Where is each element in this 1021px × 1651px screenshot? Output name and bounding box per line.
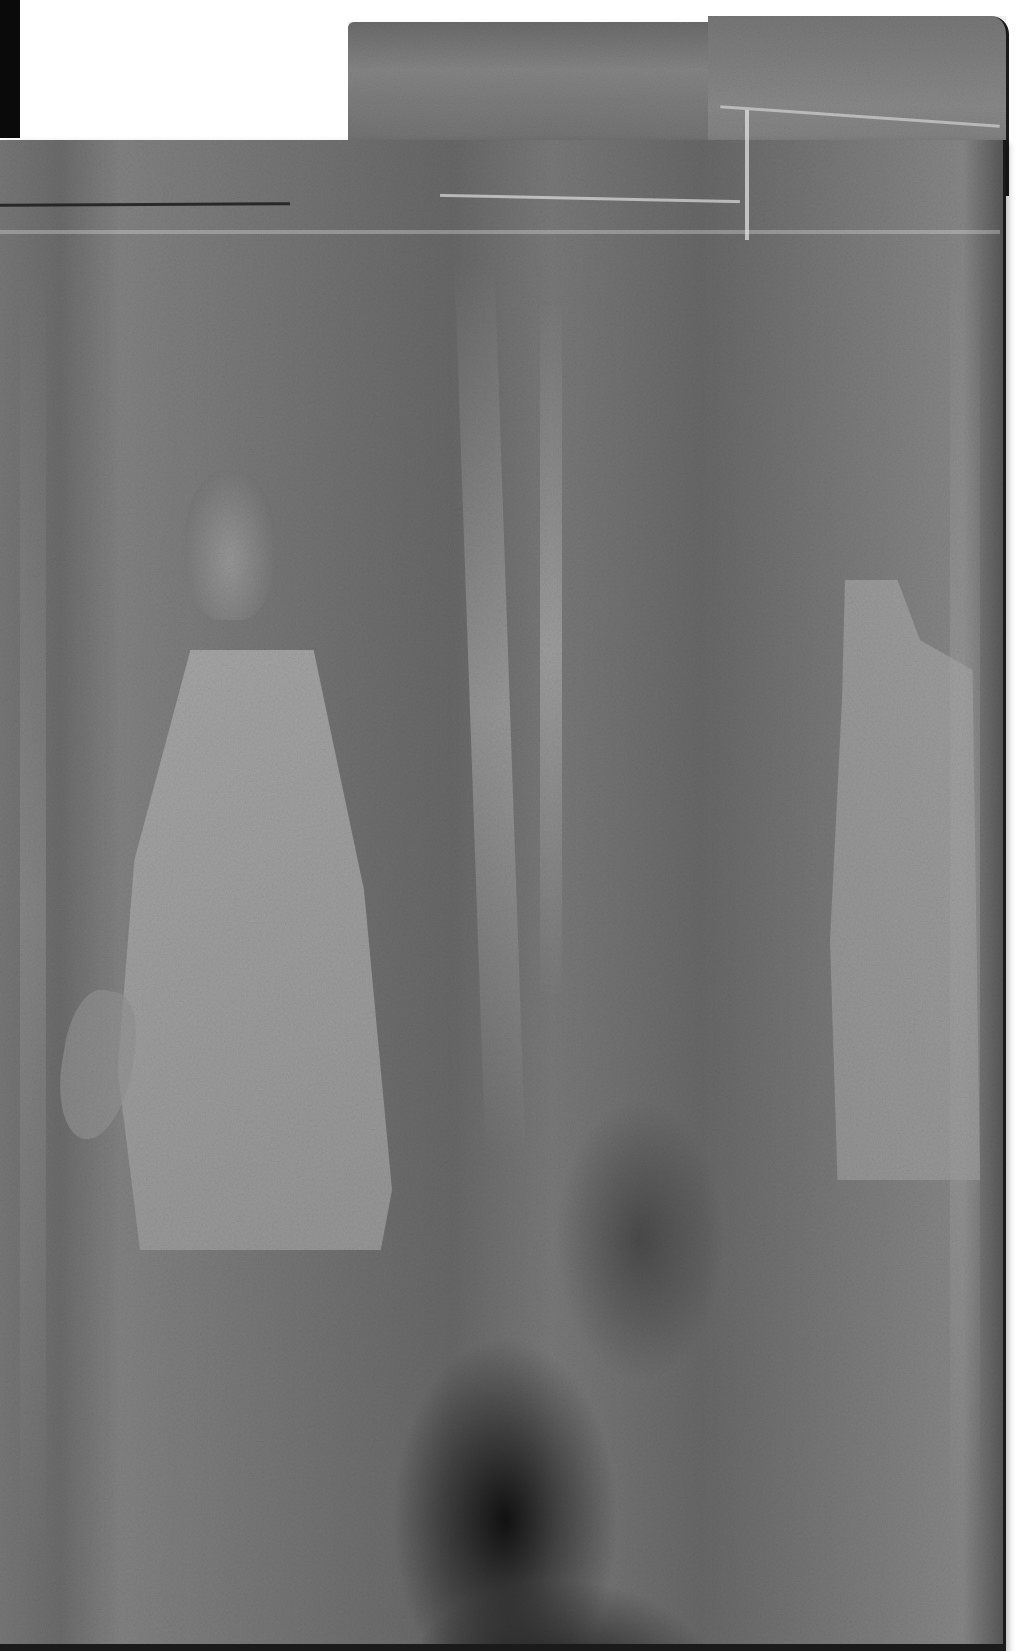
ghostly-figure: [830, 580, 980, 1180]
photo-bottom-edge: [0, 1644, 1003, 1648]
vertical-tear: [745, 110, 749, 240]
paper-texture: [348, 22, 708, 142]
torn-flap-left: [348, 22, 708, 142]
scanner-black-bar: [0, 0, 20, 138]
crease-line: [0, 230, 1000, 234]
photo-scan: Damaged antique photograph with torn top…: [0, 0, 1021, 1651]
man-head: [185, 470, 275, 620]
scratch-streak: [20, 260, 46, 1560]
scratch-streak: [540, 300, 562, 1000]
